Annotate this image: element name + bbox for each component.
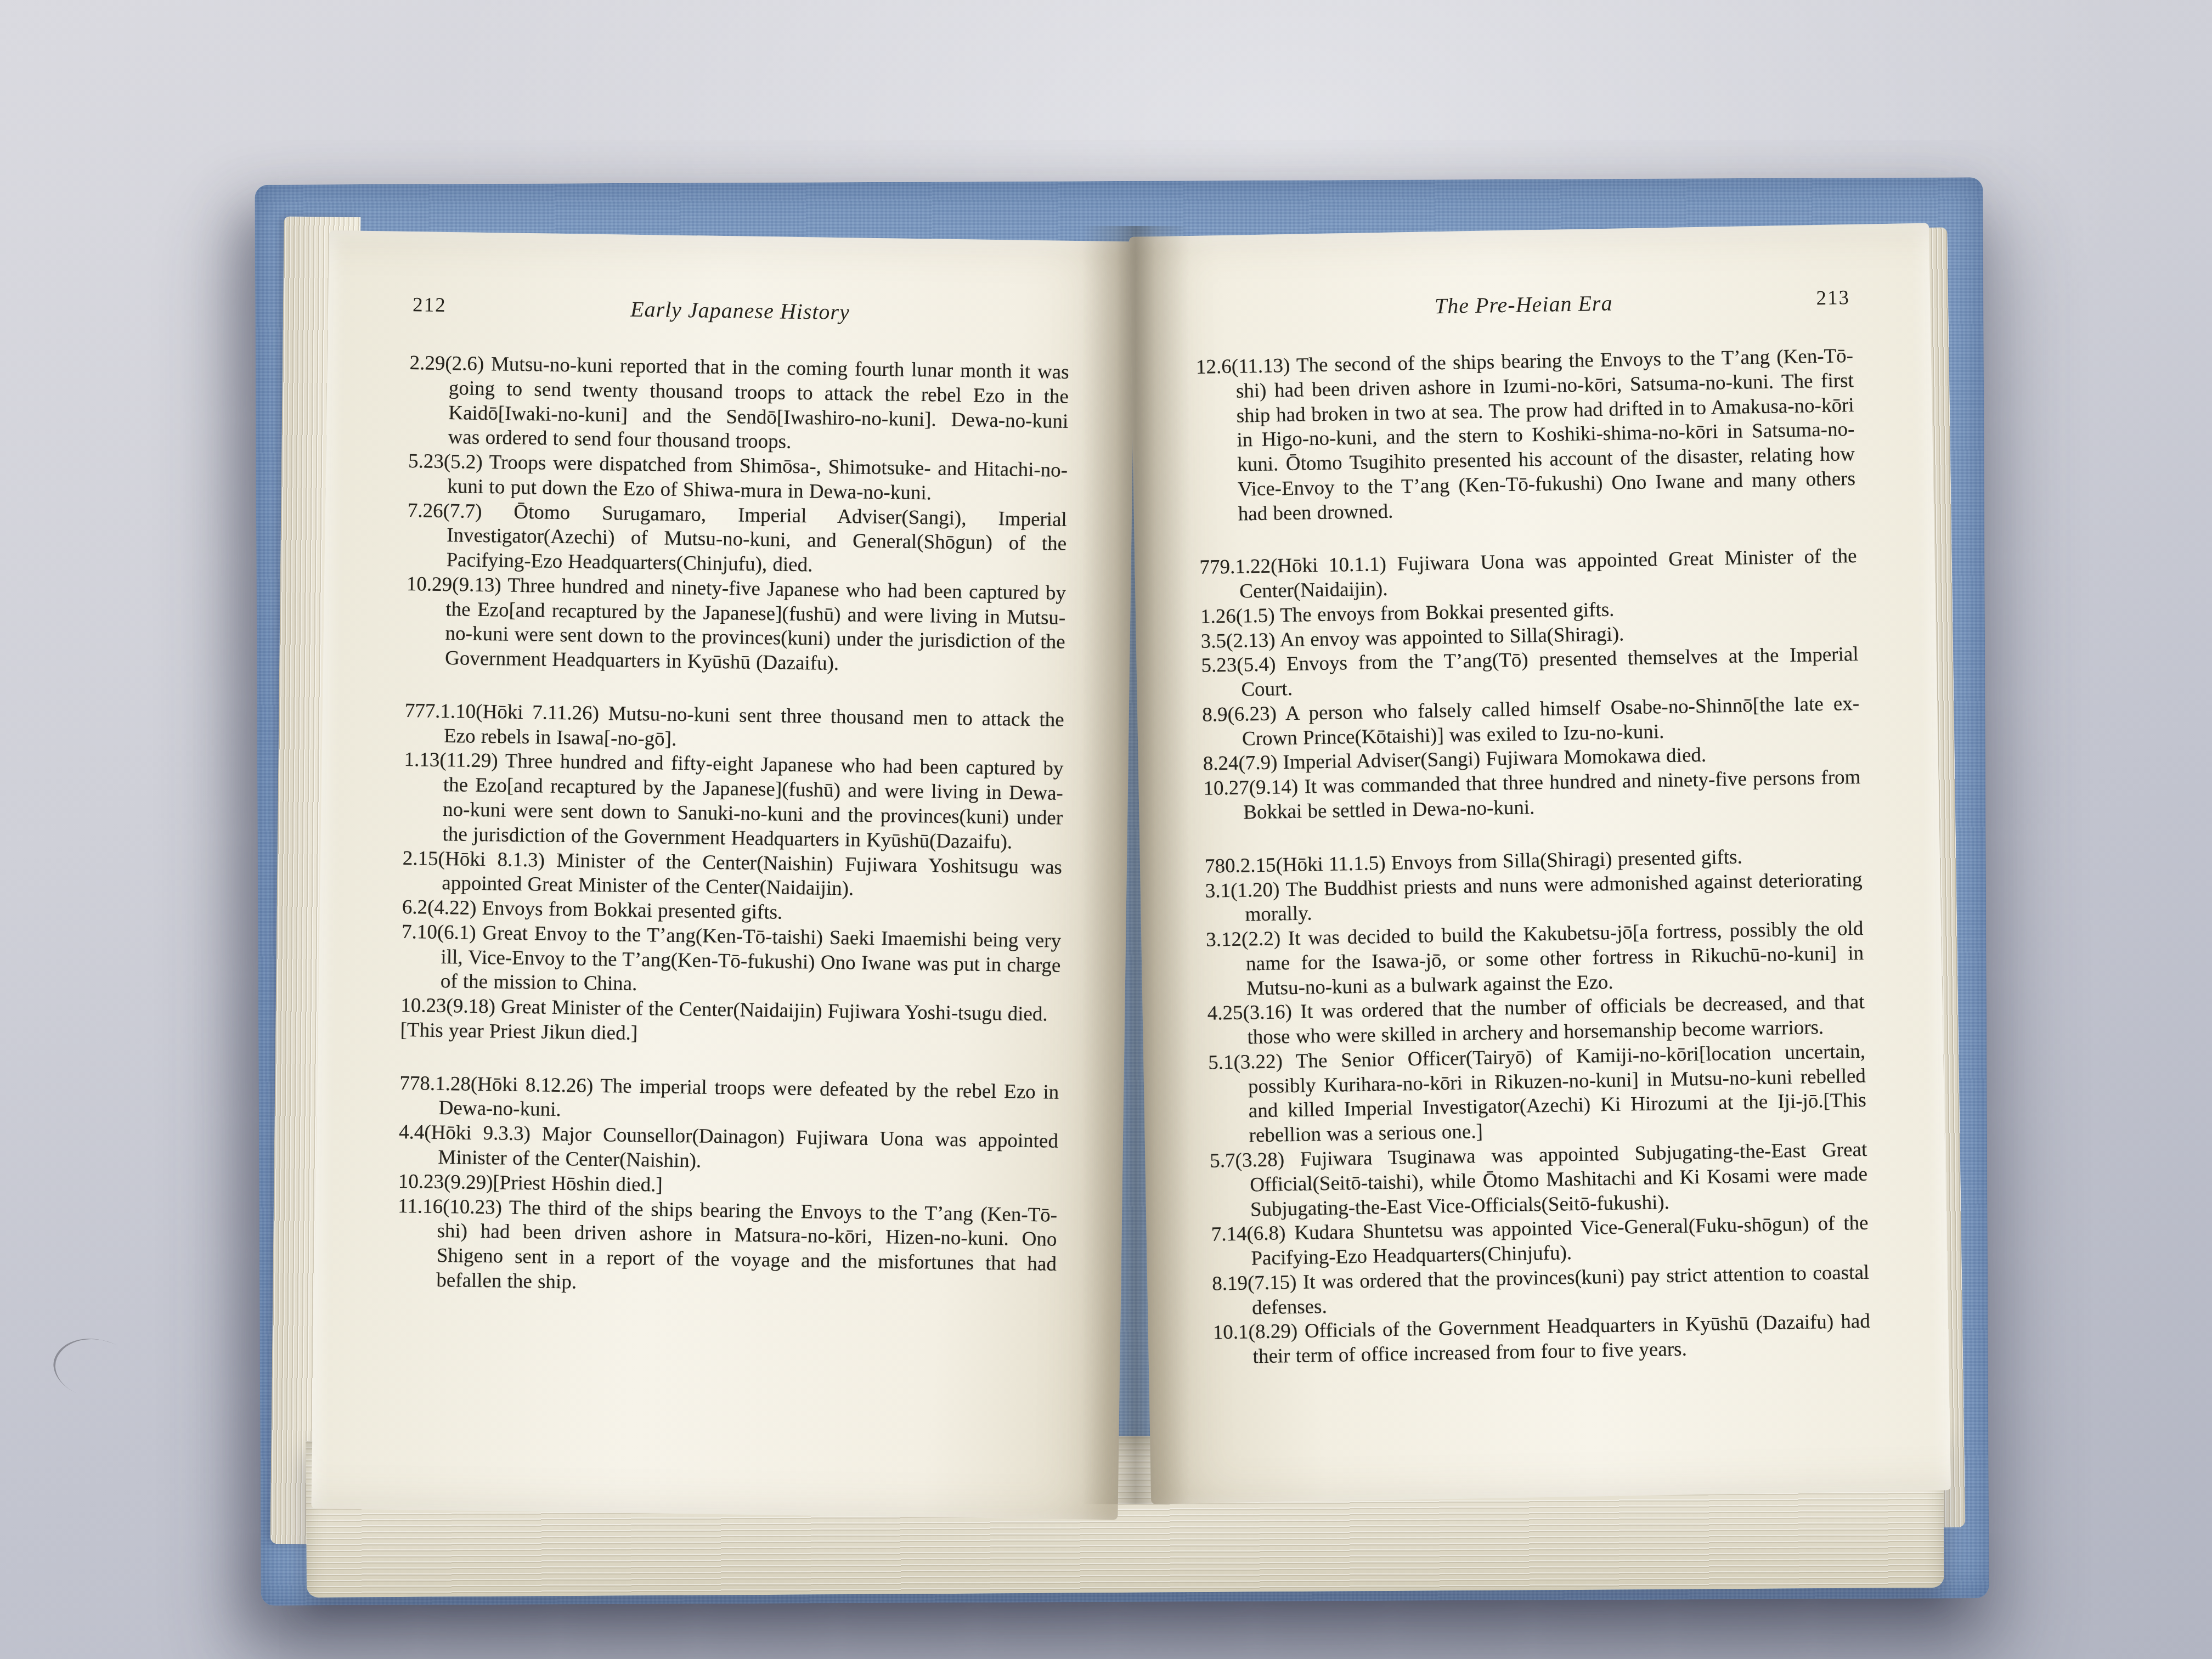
chronicle-entry: 4.4(Hōki 9.3.3) Major Counsellor(Dainago… <box>398 1120 1058 1178</box>
chronicle-entry: 7.10(6.1) Great Envoy to the T’ang(Ken-T… <box>401 920 1062 1003</box>
right-page-header: The Pre-Heian Era 213 <box>1195 286 1853 331</box>
chronicle-entry: 11.16(10.23) The third of the ships bear… <box>397 1194 1057 1301</box>
chronicle-entry: 778.1.28(Hōki 8.12.26) The imperial troo… <box>399 1071 1059 1130</box>
chronicle-entry: 1.13(11.29) Three hundred and fifty-eigh… <box>403 748 1063 855</box>
left-running-head: Early Japanese History <box>410 293 1070 328</box>
photo-surface: 212 Early Japanese History 2.29(2.6) Mut… <box>0 0 2212 1659</box>
left-page-header: 212 Early Japanese History <box>410 293 1070 336</box>
left-page-entries: 2.29(2.6) Mutsu-no-kuni reported that in… <box>397 351 1069 1301</box>
chronicle-entry: 12.6(11.13) The second of the ships bear… <box>1196 344 1856 527</box>
chronicle-entry: 5.7(3.28) Fujiwara Tsuginawa was appoint… <box>1210 1138 1868 1223</box>
chronicle-entry: 7.26(7.7) Ōtomo Surugamaro, Imperial Adv… <box>407 499 1067 582</box>
right-running-head: The Pre-Heian Era <box>1195 286 1853 323</box>
book: 212 Early Japanese History 2.29(2.6) Mut… <box>0 0 2212 1659</box>
chronicle-entry: 2.29(2.6) Mutsu-no-kuni reported that in… <box>408 351 1069 459</box>
chronicle-entry: 5.23(5.2) Troops were dispatched from Sh… <box>408 449 1068 507</box>
chronicle-entry: 3.12(2.2) It was decided to build the Ka… <box>1206 917 1864 1002</box>
chronicle-entry: 5.1(3.22) The Senior Officer(Tairyō) of … <box>1208 1040 1867 1149</box>
chronicle-entry: 777.1.10(Hōki 7.11.26) Mutsu-no-kuni sen… <box>404 699 1064 757</box>
chronicle-entry: 10.29(9.13) Three hundred and ninety-fiv… <box>405 572 1066 680</box>
right-page-entries: 12.6(11.13) The second of the ships bear… <box>1196 344 1871 1370</box>
right-page-number: 213 <box>1816 286 1850 310</box>
chronicle-entry: 2.15(Hōki 8.1.3) Minister of the Center(… <box>402 847 1062 905</box>
right-page: The Pre-Heian Era 213 12.6(11.13) The se… <box>1129 223 1951 1504</box>
left-page: 212 Early Japanese History 2.29(2.6) Mut… <box>311 230 1135 1520</box>
